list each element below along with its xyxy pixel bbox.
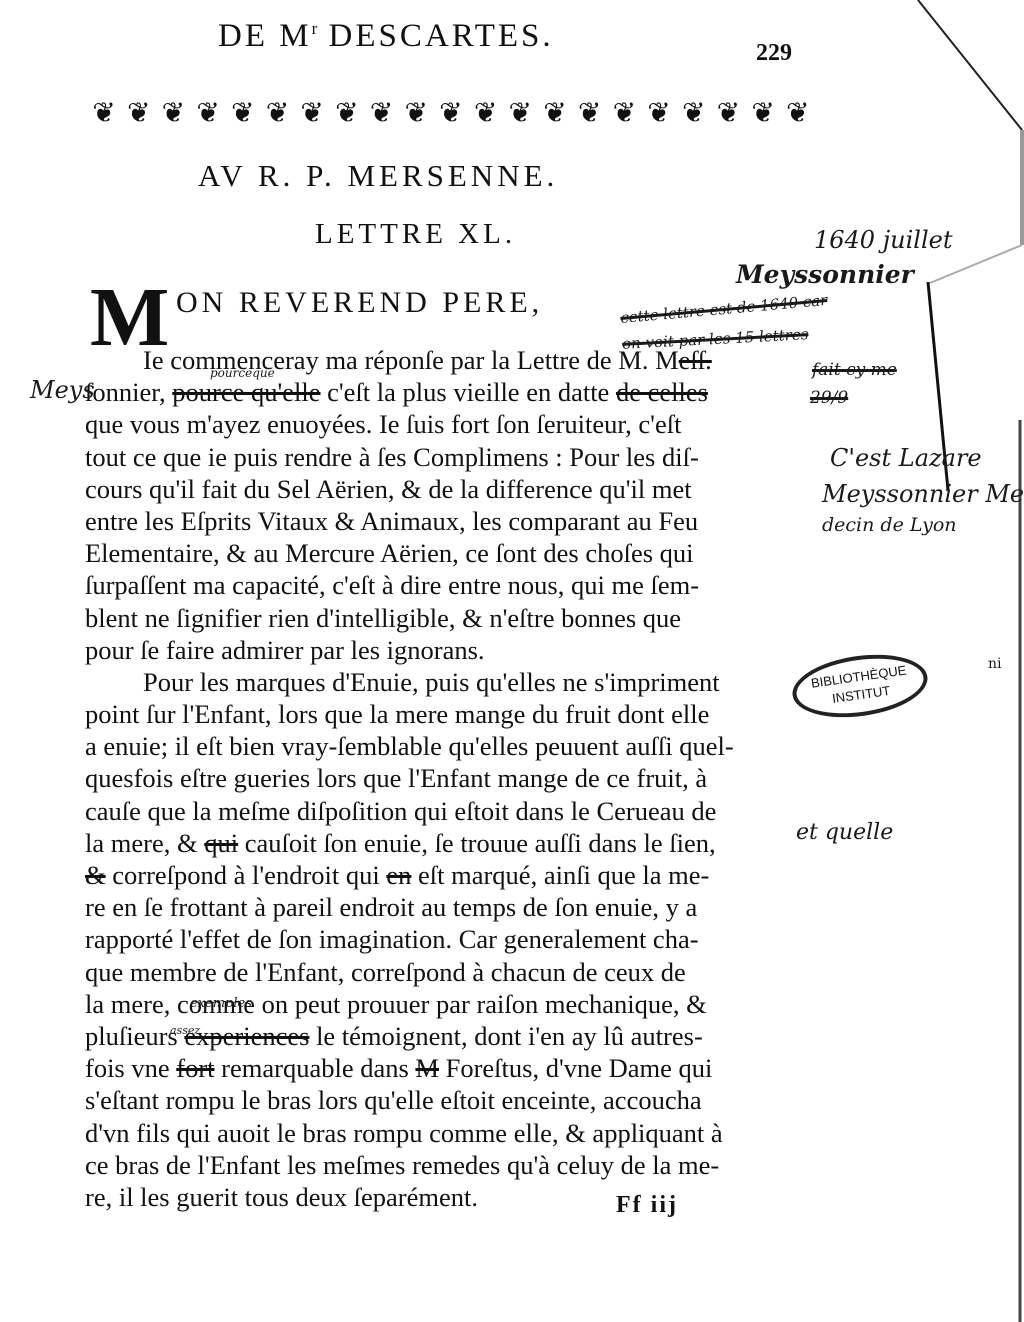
letter-number: LETTRE XL. [315,218,516,251]
salutation-text: ON REVEREND PERE, [176,286,543,320]
text-segment: entre les Eſprits Vitaux & Animaux, les … [85,506,698,536]
handwritten-margin-right-3: decin de Lyon [822,514,957,536]
text-segment: blent ne ſignifier rien d'intelligible, … [85,603,681,633]
text-line: s'eſtant rompu le bras lors qu'elle eſto… [85,1084,805,1116]
text-line: ſurpaſſent ma capacité, c'eſt à dire ent… [85,569,805,601]
fleuron-icon: ❦ [261,96,293,136]
text-segment: re, il les guerit tous deux ſeparément. [85,1182,478,1212]
fleuron-icon: ❦ [712,96,744,136]
text-line: d'vn fils qui auoit le bras rompu comme … [85,1117,805,1149]
text-line: la mere, & qui cauſoit ſon enuie, ſe tro… [85,827,805,859]
struck-text: de celles [616,377,708,407]
text-line: que vous m'ayez enuoyées. Ie ſuis fort ſ… [85,408,805,440]
text-segment: rapporté l'effet de ſon imagination. Car… [85,924,699,954]
text-segment: eſt marqué, ainſi que la me- [411,860,709,890]
text-line: cauſe que la meſme diſpoſition qui eſtoi… [85,795,805,827]
fleuron-icon: ❦ [366,96,398,136]
fleuron-icon: ❦ [539,96,571,136]
fleuron-icon: ❦ [123,96,155,136]
text-segment: s'eſtant rompu le bras lors qu'elle eſto… [85,1085,702,1115]
text-segment: d'vn fils qui auoit le bras rompu comme … [85,1118,723,1148]
text-line: re en ſe frottant à pareil endroit au te… [85,891,805,923]
fleuron-icon: ❦ [504,96,536,136]
fleuron-icon: ❦ [227,96,259,136]
text-line: fois vne fort remarquable dans M Foreſtu… [85,1052,805,1084]
signature-mark: Ff iij [616,1192,678,1219]
text-line: Elementaire, & au Mercure Aërien, ce ſon… [85,537,805,569]
text-segment: le témoignent, dont i'en ay lû autres- [309,1021,702,1051]
text-line: a enuie; il eſt bien vray-ſemblable qu'e… [85,730,805,762]
text-segment: ſonnier, [85,377,172,407]
fleuron-icon: ❦ [88,96,120,136]
text-segment: point ſur l'Enfant, lors que la mere man… [85,699,709,729]
text-line: quesfois eſtre gueries lors que l'Enfant… [85,762,805,794]
running-head-suffix: DESCARTES. [317,18,553,54]
handwritten-margin-left: Meys [30,376,95,404]
text-line: tout ce que ie puis rendre à ſes Complim… [85,441,805,473]
library-stamp: BIBLIOTHÈQUE INSTITUT [788,647,931,725]
text-segment: cauſoit ſon enuie, ſe trouue auſſi dans … [238,828,716,858]
running-head: DE Mr DESCARTES. [218,18,554,55]
text-segment: cauſe que la meſme diſpoſition qui eſtoi… [85,796,716,826]
text-segment: Elementaire, & au Mercure Aërien, ce ſon… [85,538,694,568]
handwritten-struck-note-4: 29/9 [810,388,848,408]
handwritten-margin-right-2: Meyssonnier Me [822,480,1024,508]
text-line: & correſpond à l'endroit qui en eſt marq… [85,859,805,891]
text-line: ſonnier, pource qu'elle c'eſt la plus vi… [85,376,805,408]
fleuron-icon: ❦ [400,96,432,136]
handwritten-interlinear-assez: assez [170,1024,200,1037]
text-segment: que vous m'ayez enuoyées. Ie ſuis fort ſ… [85,409,681,439]
struck-text: en [386,860,411,890]
text-line: ce bras de l'Enfant les meſmes remedes q… [85,1149,805,1181]
struck-text: qui [204,828,238,858]
text-segment: tout ce que ie puis rendre à ſes Complim… [85,442,699,472]
text-segment: correſpond à l'endroit qui [106,860,387,890]
handwritten-interlinear-pourceque: pourceque [210,366,275,380]
fleuron-icon: ❦ [470,96,502,136]
stray-mark: ni [988,656,1002,672]
text-segment: Foreſtus, d'vne Dame qui [439,1053,712,1083]
struck-text: pource qu'elle [172,377,320,407]
fleuron-icon: ❦ [157,96,189,136]
text-line: que membre de l'Enfant, correſpond à cha… [85,956,805,988]
text-segment: ſurpaſſent ma capacité, c'eſt à dire ent… [85,570,699,600]
text-segment: c'eſt la plus vieille en datte [321,377,616,407]
fleuron-icon: ❦ [643,96,675,136]
scanned-page: DE Mr DESCARTES. 229 ❦❦❦❦❦❦❦❦❦❦❦❦❦❦❦❦❦❦❦… [0,0,1024,1322]
text-line: re, il les guerit tous deux ſeparément. [85,1181,805,1213]
handwritten-struck-note-1: cette lettre est de 1640 car [620,291,828,327]
fleuron-icon: ❦ [296,96,328,136]
fleuron-icon: ❦ [574,96,606,136]
text-line: cours qu'il fait du Sel Aërien, & de la … [85,473,805,505]
text-segment: Pour les marques d'Enuie, puis qu'elles … [143,667,720,697]
text-segment: la mere, comme on peut prouuer par raiſo… [85,989,707,1019]
text-segment: cours qu'il fait du Sel Aërien, & de la … [85,474,692,504]
handwritten-interlinear-exemples: exemples [190,996,252,1011]
letter-addressee: AV R. P. MERSENNE. [198,158,558,194]
text-segment: a enuie; il eſt bien vray-ſemblable qu'e… [85,731,734,761]
fleuron-ornament-row: ❦❦❦❦❦❦❦❦❦❦❦❦❦❦❦❦❦❦❦❦❦ [88,96,814,136]
handwritten-struck-note-3: fait cy me [812,360,897,380]
handwritten-margin-right-1: C'est Lazare [830,444,982,472]
text-line: pour ſe faire admirer par les ignorans. [85,634,805,666]
fleuron-icon: ❦ [782,96,814,136]
text-segment: remarquable dans [215,1053,416,1083]
text-line: Pour les marques d'Enuie, puis qu'elles … [85,666,805,698]
text-segment: fois vne [85,1053,176,1083]
fleuron-icon: ❦ [331,96,363,136]
struck-text: fort [176,1053,214,1083]
text-segment: pour ſe faire admirer par les ignorans. [85,635,485,665]
text-segment: re en ſe frottant à pareil endroit au te… [85,892,697,922]
page-number: 229 [756,40,792,67]
text-line: blent ne ſignifier rien d'intelligible, … [85,602,805,634]
text-segment: que membre de l'Enfant, correſpond à cha… [85,957,686,987]
handwritten-name-top: Meyssonnier [736,260,914,289]
text-line: point ſur l'Enfant, lors que la mere man… [85,698,805,730]
struck-text: M [415,1053,439,1083]
text-segment: quesfois eſtre gueries lors que l'Enfant… [85,763,707,793]
fleuron-icon: ❦ [678,96,710,136]
text-segment: ce bras de l'Enfant les meſmes remedes q… [85,1150,719,1180]
fleuron-icon: ❦ [192,96,224,136]
text-segment: la mere, & [85,828,204,858]
fleuron-icon: ❦ [747,96,779,136]
handwritten-et-quelle: et quelle [796,820,893,845]
handwritten-date: 1640 juillet [814,226,952,254]
letter-body: Ie commenceray ma réponſe par la Lettre … [85,344,805,1213]
struck-text: & [85,860,106,890]
fleuron-icon: ❦ [435,96,467,136]
fleuron-icon: ❦ [608,96,640,136]
text-line: entre les Eſprits Vitaux & Animaux, les … [85,505,805,537]
struck-text: experiences [184,1021,309,1051]
text-line: rapporté l'effet de ſon imagination. Car… [85,923,805,955]
running-head-prefix: DE M [218,18,312,54]
